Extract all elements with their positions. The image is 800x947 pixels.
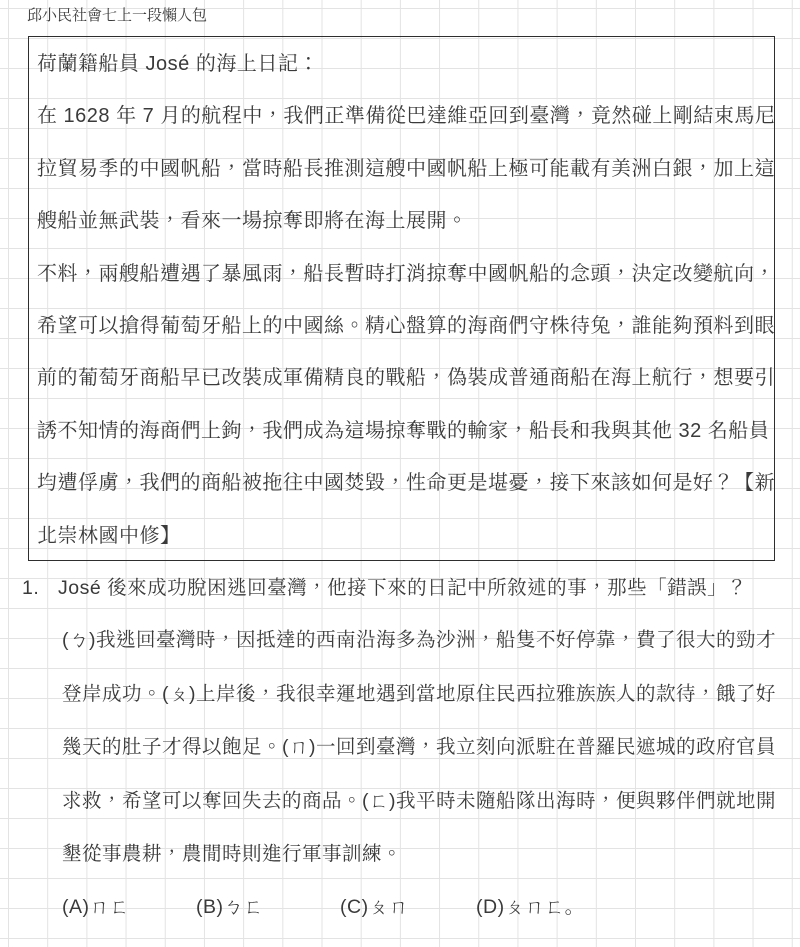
question-number: 1. — [22, 562, 58, 614]
passage-line: 希望可以搶得葡萄牙船上的中國絲。精心盤算的海商們守株待兔，誰能夠預料到眼 — [37, 300, 766, 352]
question-option-line: 求救，希望可以奪回失去的商品。(ㄈ)我平時未隨船隊出海時，便與夥伴們就地開 — [62, 775, 784, 829]
choice-d: (D)ㄆㄇㄈ。 — [476, 882, 585, 932]
worksheet-page: { "header": { "title": "邱小民社會七上一段懶人包" },… — [0, 0, 800, 947]
question-1: 1. José 後來成功脫困逃回臺灣，他接下來的日記中所敘述的事，那些「錯誤」？… — [22, 562, 784, 934]
question-option-line: 登岸成功。(ㄆ)上岸後，我很幸運地遇到當地原住民西拉雅族族人的款待，餓了好 — [62, 668, 784, 722]
passage-line: 荷蘭籍船員 José 的海上日記： — [37, 38, 766, 90]
choice-c: (C)ㄆㄇ — [340, 882, 409, 932]
passage-line: 前的葡萄牙商船早已改裝成軍備精良的戰船，偽裝成普通商船在海上航行，想要引 — [37, 352, 766, 404]
passage-line: 不料，兩艘船遭遇了暴風雨，船長暫時打消掠奪中國帆船的念頭，決定改變航向， — [37, 248, 766, 300]
document-header-title: 邱小民社會七上一段懶人包 — [27, 6, 207, 26]
question-body: (ㄅ)我逃回臺灣時，因抵達的西南沿海多為沙洲，船隻不好停靠，費了很大的勁才 登岸… — [62, 614, 784, 882]
passage-line: 誘不知情的海商們上鉤，我們成為這場掠奪戰的輸家，船長和我與其他 32 名船員 — [37, 405, 766, 457]
passage-line: 北崇林國中修】 — [37, 510, 766, 562]
passage-box: 荷蘭籍船員 José 的海上日記： 在 1628 年 7 月的航程中，我們正準備… — [28, 36, 775, 561]
question-option-line: 墾從事農耕，農閒時則進行軍事訓練。 — [62, 828, 784, 882]
question-prompt: José 後來成功脫困逃回臺灣，他接下來的日記中所敘述的事，那些「錯誤」？ — [58, 562, 747, 614]
passage-line: 拉貿易季的中國帆船，當時船長推測這艘中國帆船上極可能載有美洲白銀，加上這 — [37, 143, 766, 195]
passage-line: 在 1628 年 7 月的航程中，我們正準備從巴達維亞回到臺灣，竟然碰上剛結束馬… — [37, 90, 766, 142]
question-option-line: 幾天的肚子才得以飽足。(ㄇ)一回到臺灣，我立刻向派駐在普羅民遮城的政府官員 — [62, 721, 784, 775]
answer-choices: (A)ㄇㄈ (B)ㄅㄈ (C)ㄆㄇ (D)ㄆㄇㄈ。 — [22, 882, 784, 934]
question-option-line: (ㄅ)我逃回臺灣時，因抵達的西南沿海多為沙洲，船隻不好停靠，費了很大的勁才 — [62, 614, 784, 668]
passage-line: 均遭俘虜，我們的商船被拖往中國焚毀，性命更是堪憂，接下來該如何是好？【新 — [37, 457, 766, 509]
question-prompt-row: 1. José 後來成功脫困逃回臺灣，他接下來的日記中所敘述的事，那些「錯誤」？ — [22, 562, 784, 614]
choice-b: (B)ㄅㄈ — [196, 882, 264, 932]
passage-line: 艘船並無武裝，看來一場掠奪即將在海上展開。 — [37, 195, 766, 247]
choice-a: (A)ㄇㄈ — [62, 882, 130, 932]
